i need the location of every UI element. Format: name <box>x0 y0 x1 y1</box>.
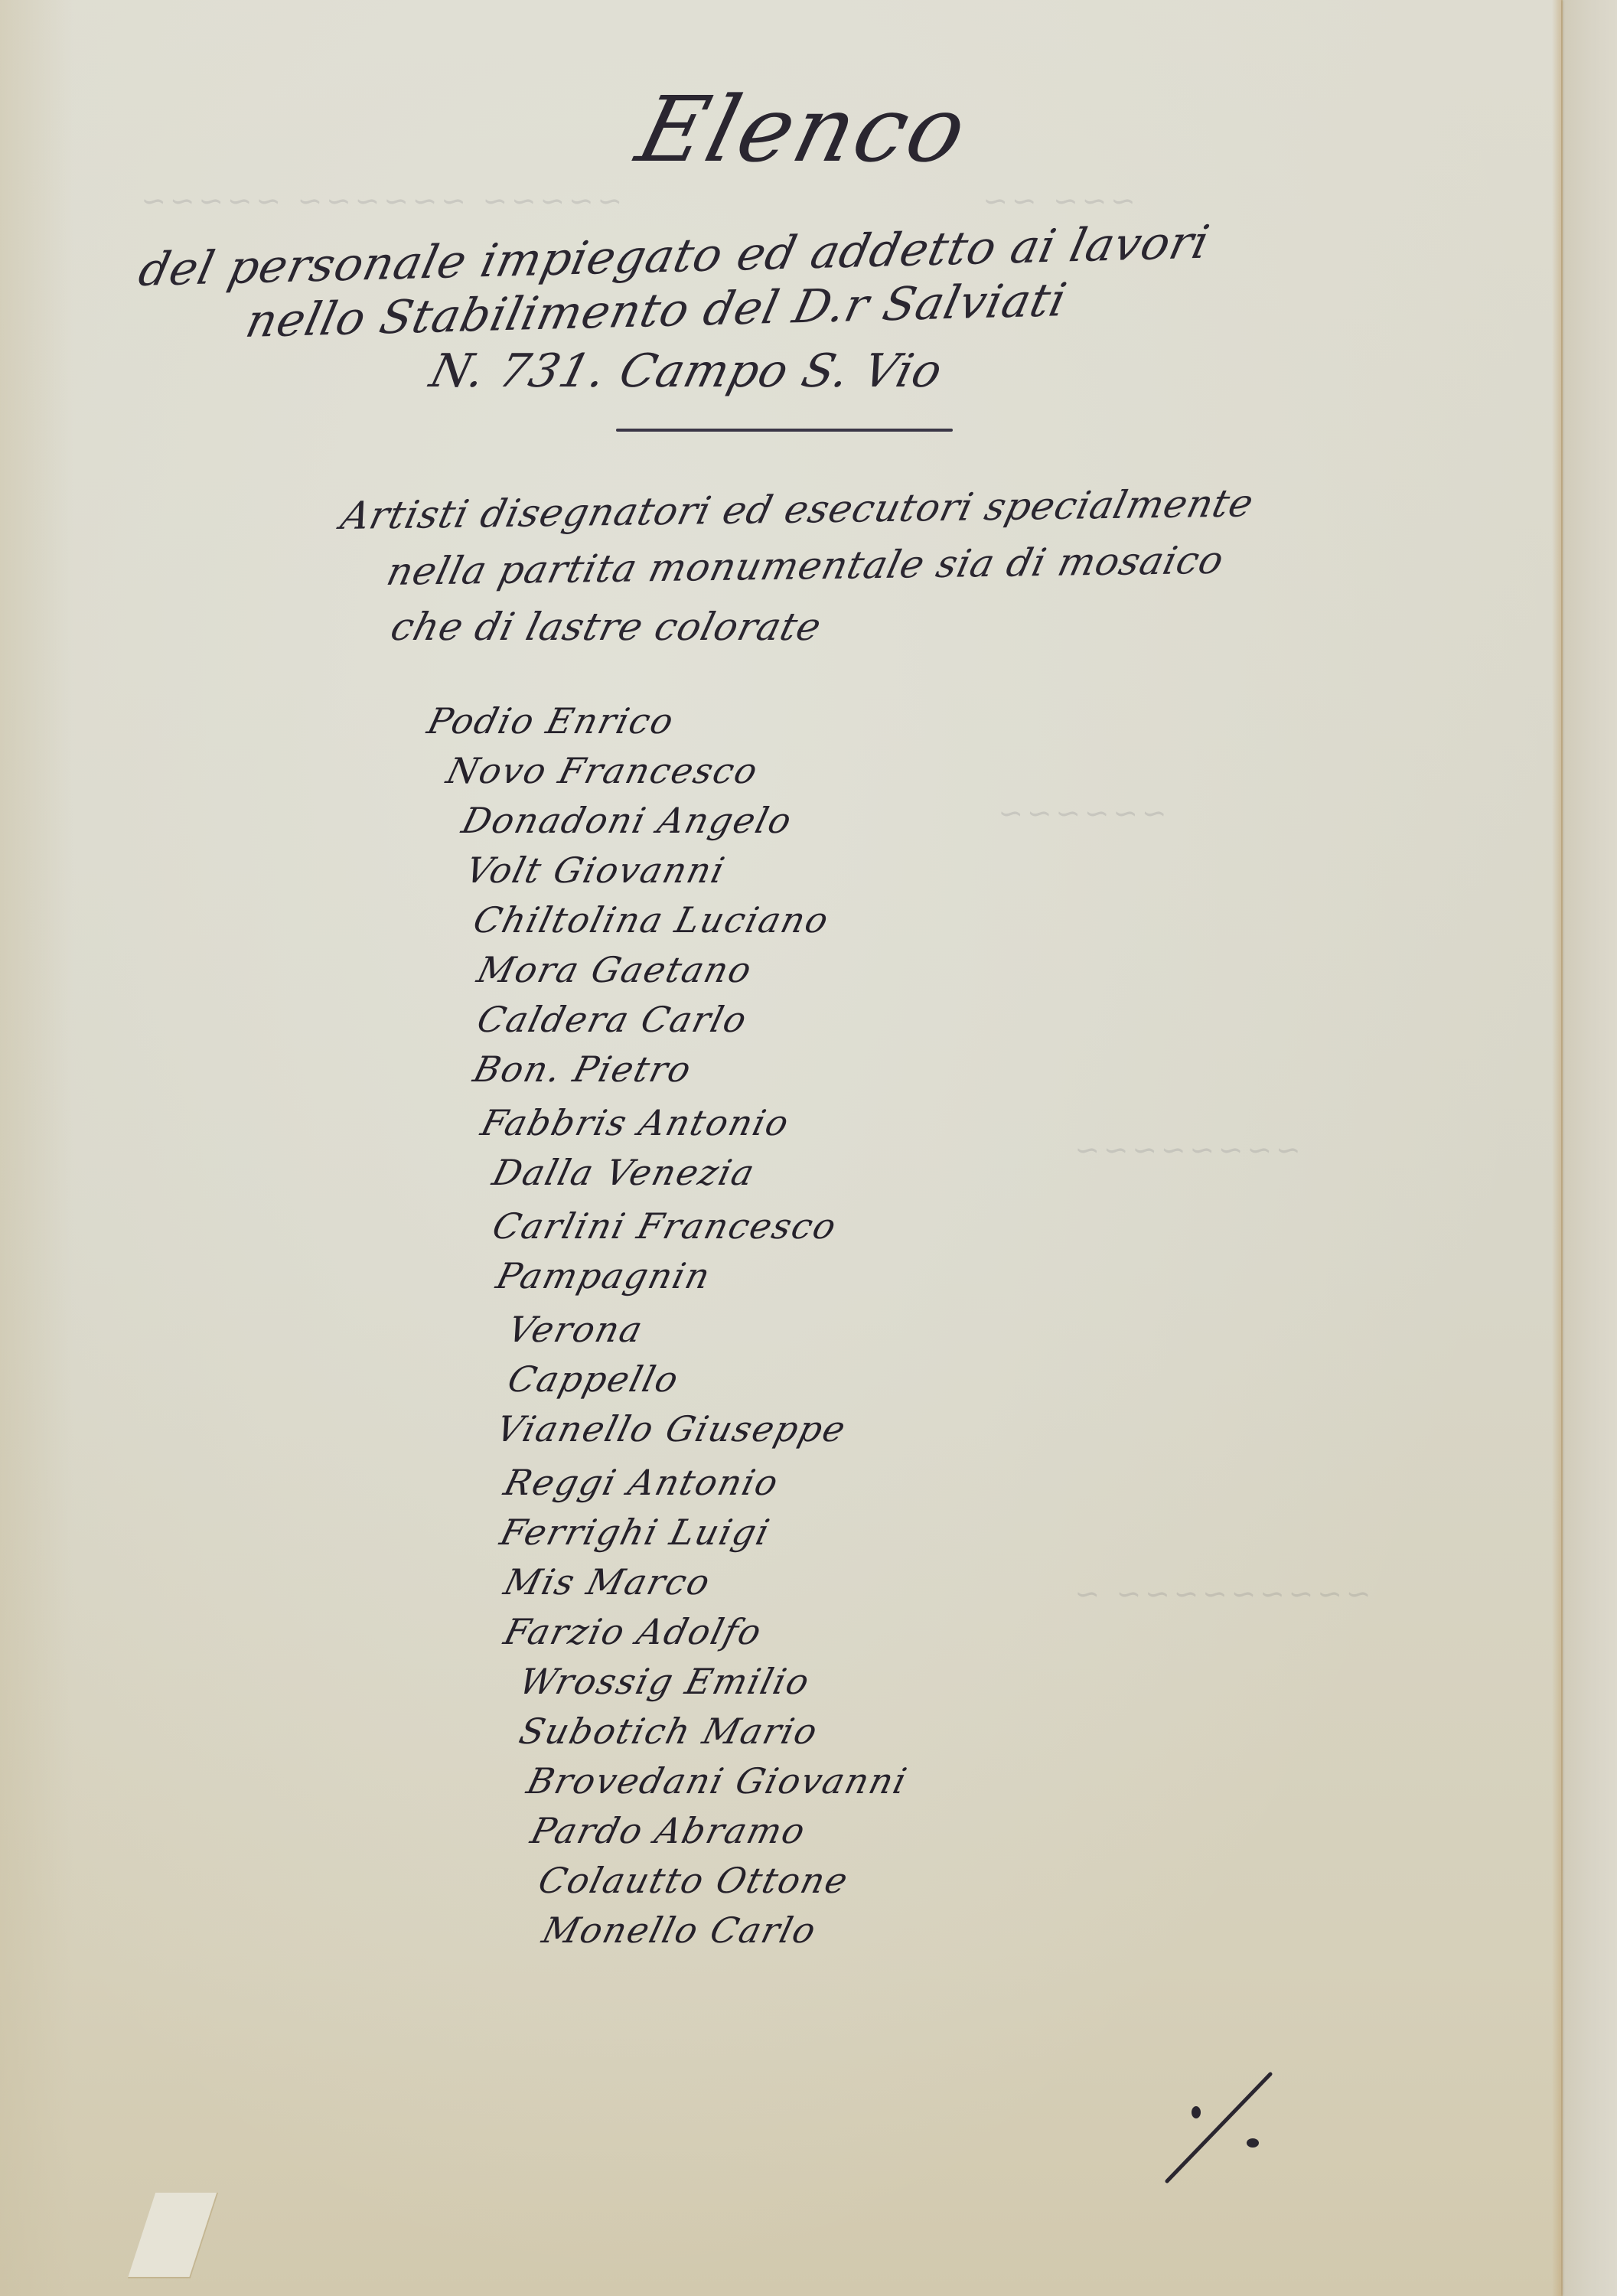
list-item: Bon. Pietro <box>469 1049 696 1090</box>
list-item: Verona <box>504 1309 647 1350</box>
background-surface <box>1556 0 1617 2296</box>
list-item: Mora Gaetano <box>473 949 757 990</box>
list-item: Carlini Francesco <box>488 1205 841 1247</box>
list-item: Chiltolina Luciano <box>469 899 833 941</box>
list-item: Colautto Ottone <box>534 1860 853 1901</box>
names-list: Podio Enrico Novo Francesco Donadoni Ang… <box>0 0 1561 2296</box>
continuation-mark-icon <box>1159 2055 1320 2185</box>
list-item: Caldera Carlo <box>473 999 752 1040</box>
list-item: Volt Giovanni <box>461 850 730 891</box>
list-item: Podio Enrico <box>423 700 679 742</box>
list-item: Subotich Mario <box>515 1711 823 1752</box>
list-item: Ferrighi Luigi <box>496 1512 774 1553</box>
list-item: Novo Francesco <box>442 750 763 791</box>
list-item: Dalla Venezia <box>488 1152 760 1193</box>
list-item: Wrossig Emilio <box>515 1661 814 1702</box>
list-item: Monello Carlo <box>538 1910 821 1951</box>
list-item: Mis Marco <box>500 1561 715 1603</box>
list-item: Brovedani Giovanni <box>523 1760 912 1802</box>
list-item: Cappello <box>504 1358 683 1400</box>
list-item: Donadoni Angelo <box>458 800 797 841</box>
list-item: Pampagnin <box>492 1255 716 1296</box>
list-item: Reggi Antonio <box>500 1462 784 1503</box>
manuscript-page: ~~~~~ ~~~~~~ ~~~~~ ~~~ ~~ ~~~~~~ ~~~~~~~… <box>0 0 1561 2296</box>
list-item: Vianello Giuseppe <box>492 1408 851 1450</box>
list-item: Fabbris Antonio <box>477 1102 794 1143</box>
list-item: Pardo Abramo <box>527 1810 810 1851</box>
list-item: Farzio Adolfo <box>500 1611 767 1652</box>
